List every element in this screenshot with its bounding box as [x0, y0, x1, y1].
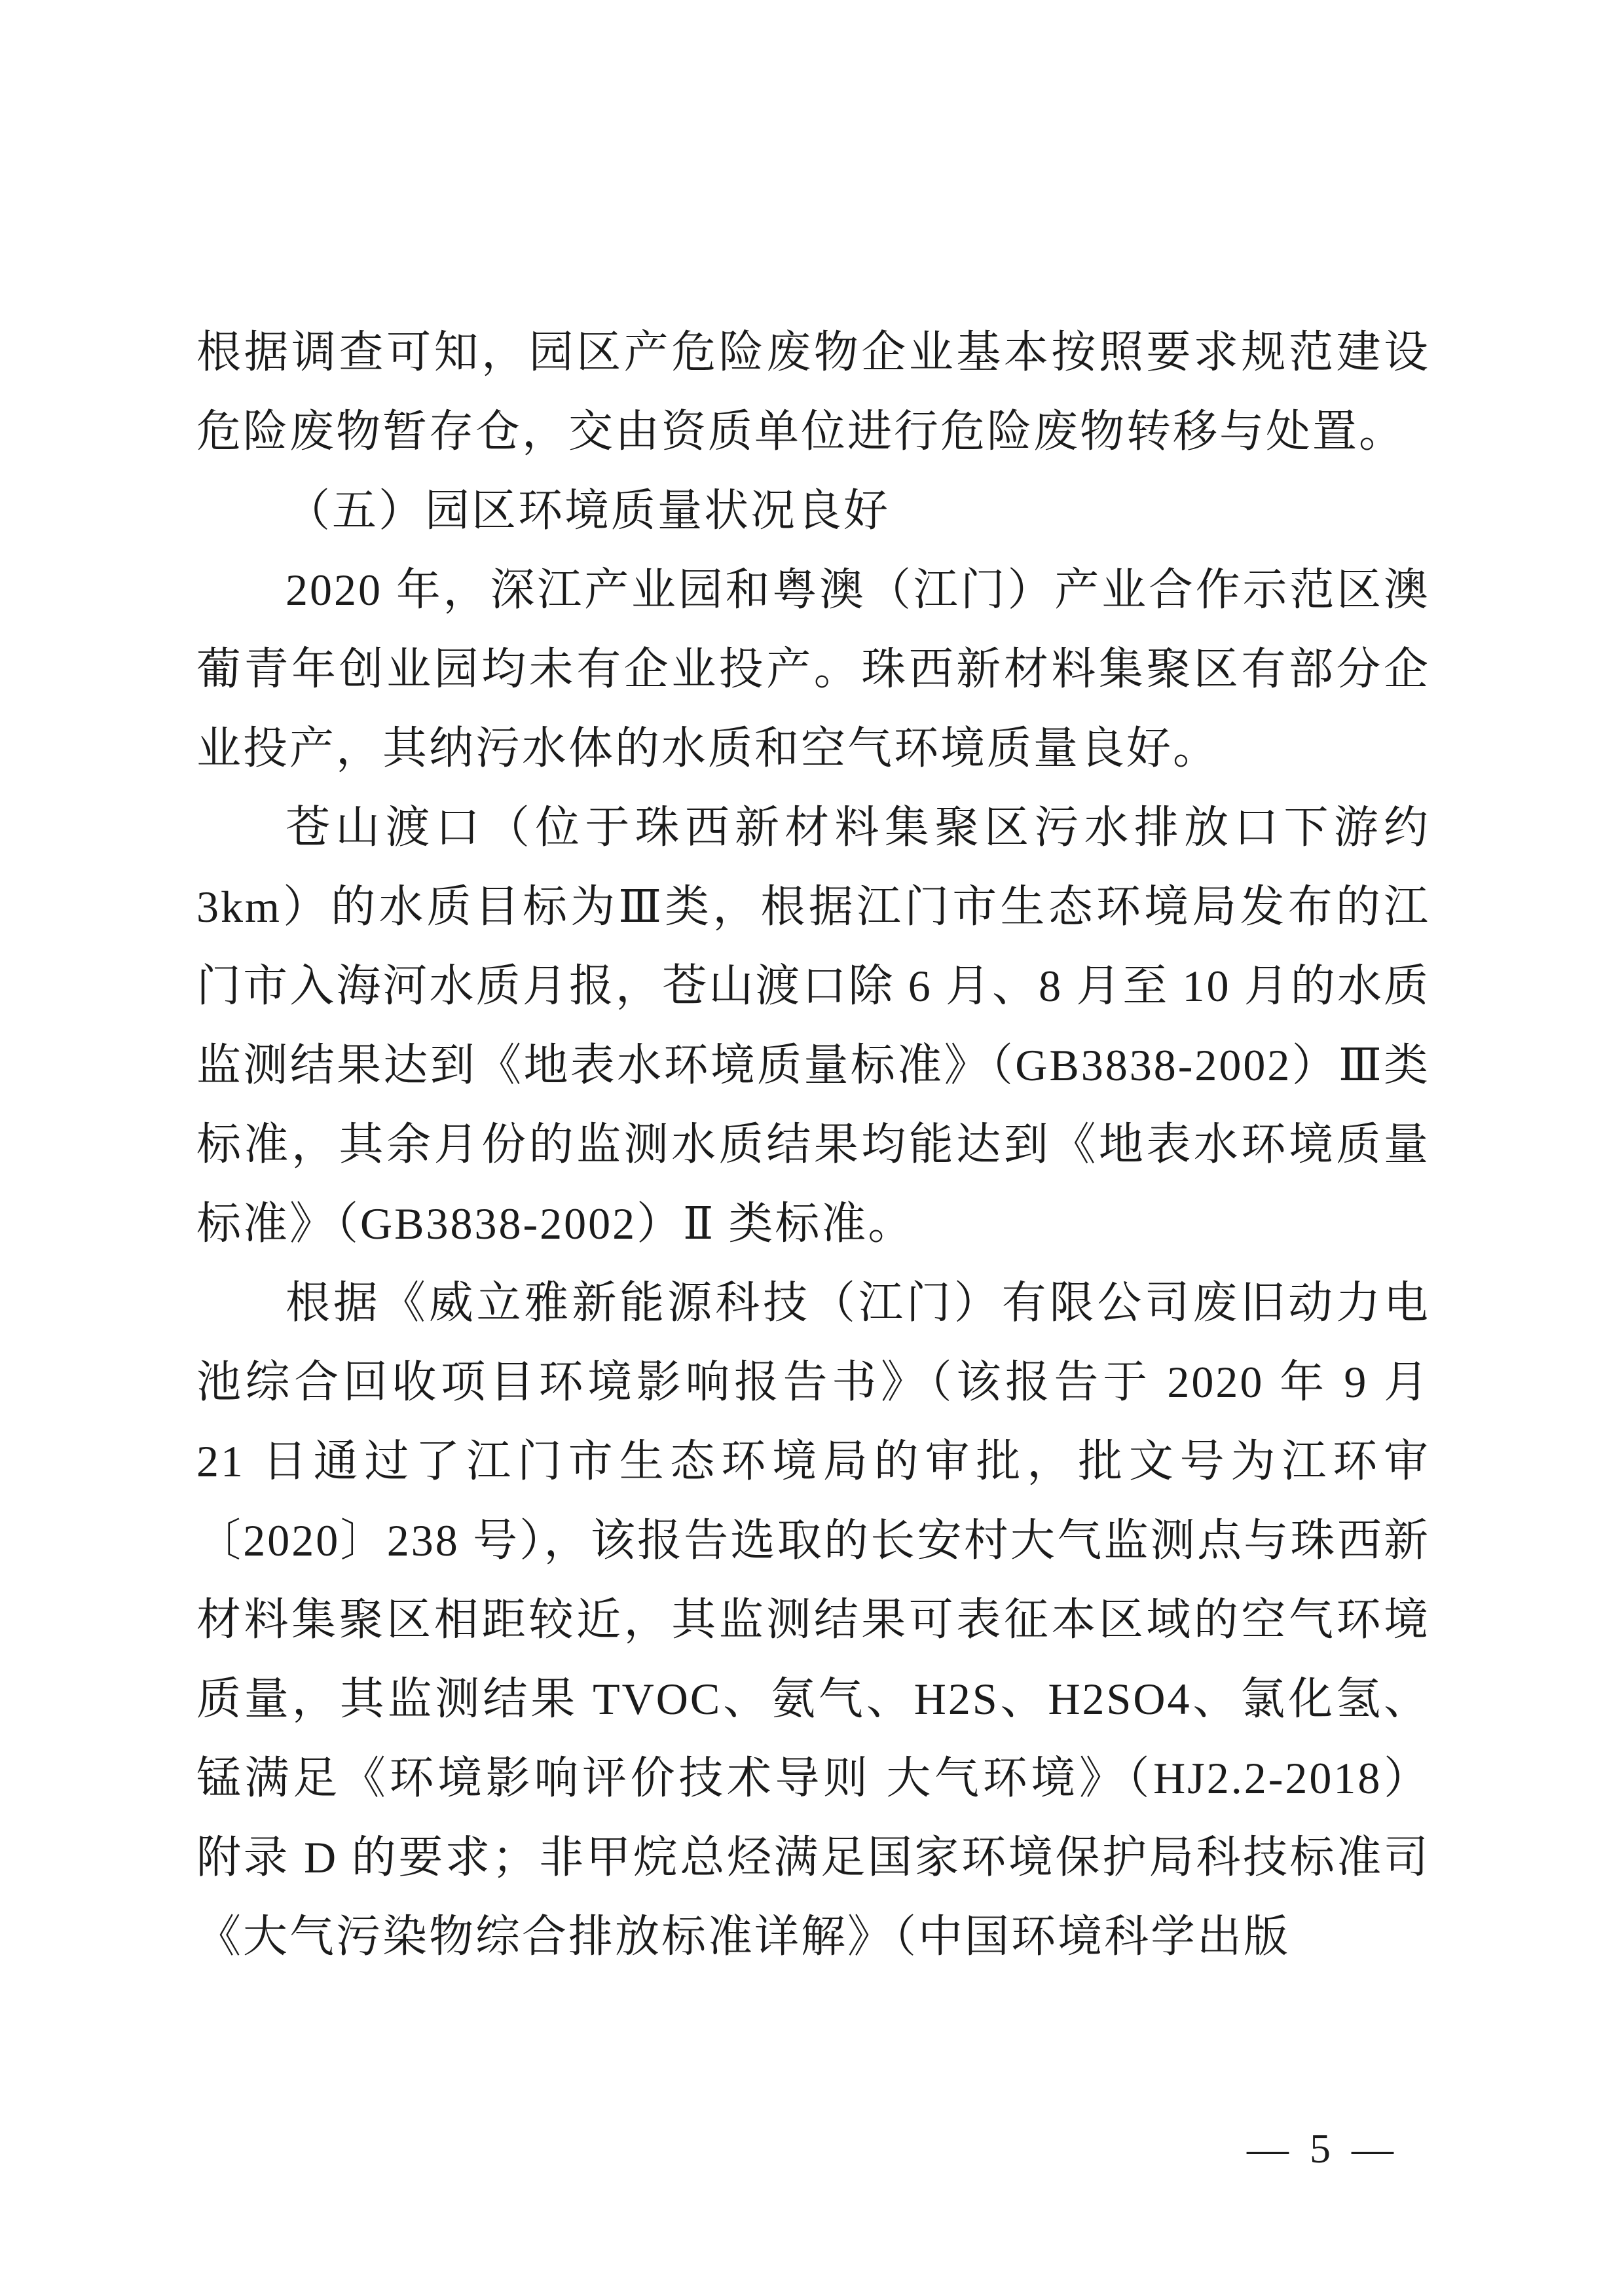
page-number: — 5 —	[1247, 2123, 1399, 2175]
document-page: 根据调查可知，园区产危险废物企业基本按照要求规范建设危险废物暂存仓，交由资质单位…	[0, 0, 1624, 2296]
paragraph: 根据《威立雅新能源科技（江门）有限公司废旧动力电池综合回收项目环境影响报告书》（…	[196, 1264, 1430, 1977]
paragraph: 苍山渡口（位于珠西新材料集聚区污水排放口下游约 3km）的水质目标为Ⅲ类，根据江…	[196, 788, 1430, 1264]
paragraph: 2020 年，深江产业园和粤澳（江门）产业合作示范区澳葡青年创业园均未有企业投产…	[196, 551, 1430, 788]
section-heading: （五）园区环境质量状况良好	[196, 471, 1430, 551]
page-body: 根据调查可知，园区产危险废物企业基本按照要求规范建设危险废物暂存仓，交由资质单位…	[196, 313, 1430, 1977]
paragraph-continuation: 根据调查可知，园区产危险废物企业基本按照要求规范建设危险废物暂存仓，交由资质单位…	[196, 313, 1430, 471]
